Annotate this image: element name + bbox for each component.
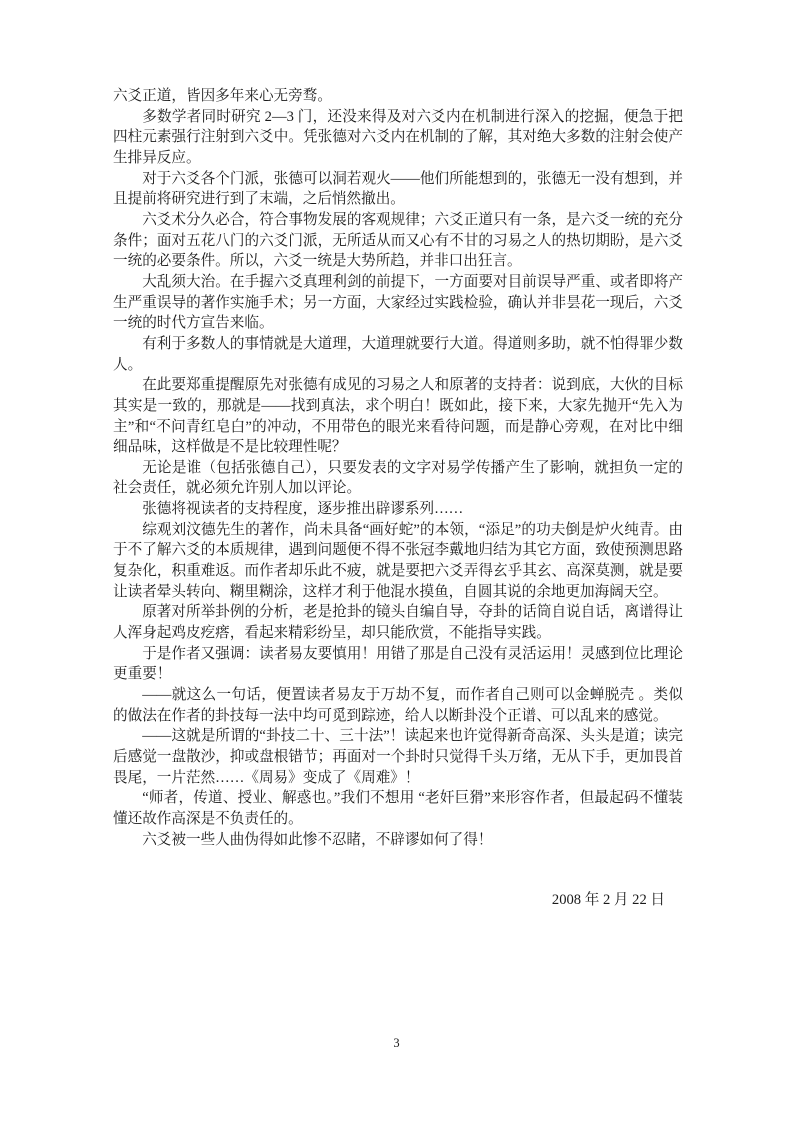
page-number: 3 [0, 1036, 793, 1051]
paragraph: 无论是谁（包括张德自己），只要发表的文字对易学传播产生了影响，就担负一定的社会责… [113, 458, 683, 499]
document-date: 2008 年 2 月 22 日 [113, 890, 683, 911]
paragraph: ——这就是所谓的“卦技二十、三十法”！读起来也许觉得新奇高深、头头是道；读完后感… [113, 726, 683, 788]
paragraph: 六爻被一些人曲伪得如此惨不忍睹，不辟谬如何了得！ [113, 830, 683, 851]
paragraph: 于是作者又强调：读者易友要慎用！用错了那是自己没有灵活运用！灵感到位比理论更重要… [113, 644, 683, 685]
paragraph: “师者，传道、授业、解惑也。”我们不想用 “老奸巨猾”来形容作者，但最起码不懂装… [113, 788, 683, 829]
paragraph: ——就这么一句话，便置读者易友于万劫不复，而作者自己则可以金蝉脱壳 。类似的做法… [113, 685, 683, 726]
paragraph-list: 六爻正道，皆因多年来心无旁骛。多数学者同时研究 2—3 门，还没来得及对六爻内在… [113, 86, 683, 850]
paragraph: 综观刘汶德先生的著作，尚未具备“画好蛇”的本领，“添足”的功夫倒是炉火纯青。由于… [113, 520, 683, 603]
paragraph: 对于六爻各个门派，张德可以洞若观火——他们所能想到的，张德无一没有想到，并且提前… [113, 169, 683, 210]
paragraph: 张德将视读者的支持程度，逐步推出辟谬系列…… [113, 499, 683, 520]
paragraph: 有利于多数人的事情就是大道理，大道理就要行大道。得道则多助，就不怕得罪少数人。 [113, 334, 683, 375]
document-page: 六爻正道，皆因多年来心无旁骛。多数学者同时研究 2—3 门，还没来得及对六爻内在… [0, 0, 793, 1122]
document-body: 六爻正道，皆因多年来心无旁骛。多数学者同时研究 2—3 门，还没来得及对六爻内在… [113, 86, 683, 911]
paragraph: 原著对所举卦例的分析，老是抢卦的镜头自编自导，夺卦的话筒自说自话，离谱得让人浑身… [113, 602, 683, 643]
paragraph: 六爻术分久必合，符合事物发展的客观规律；六爻正道只有一条，是六爻一统的充分条件；… [113, 210, 683, 272]
paragraph: 六爻正道，皆因多年来心无旁骛。 [113, 86, 683, 107]
paragraph: 大乱须大治。在手握六爻真理利剑的前提下，一方面要对目前误导严重、或者即将产生严重… [113, 272, 683, 334]
paragraph: 多数学者同时研究 2—3 门，还没来得及对六爻内在机制进行深入的挖掘，便急于把四… [113, 107, 683, 169]
paragraph: 在此要郑重提醒原先对张德有成见的习易之人和原著的支持者：说到底，大伙的目标其实是… [113, 375, 683, 458]
